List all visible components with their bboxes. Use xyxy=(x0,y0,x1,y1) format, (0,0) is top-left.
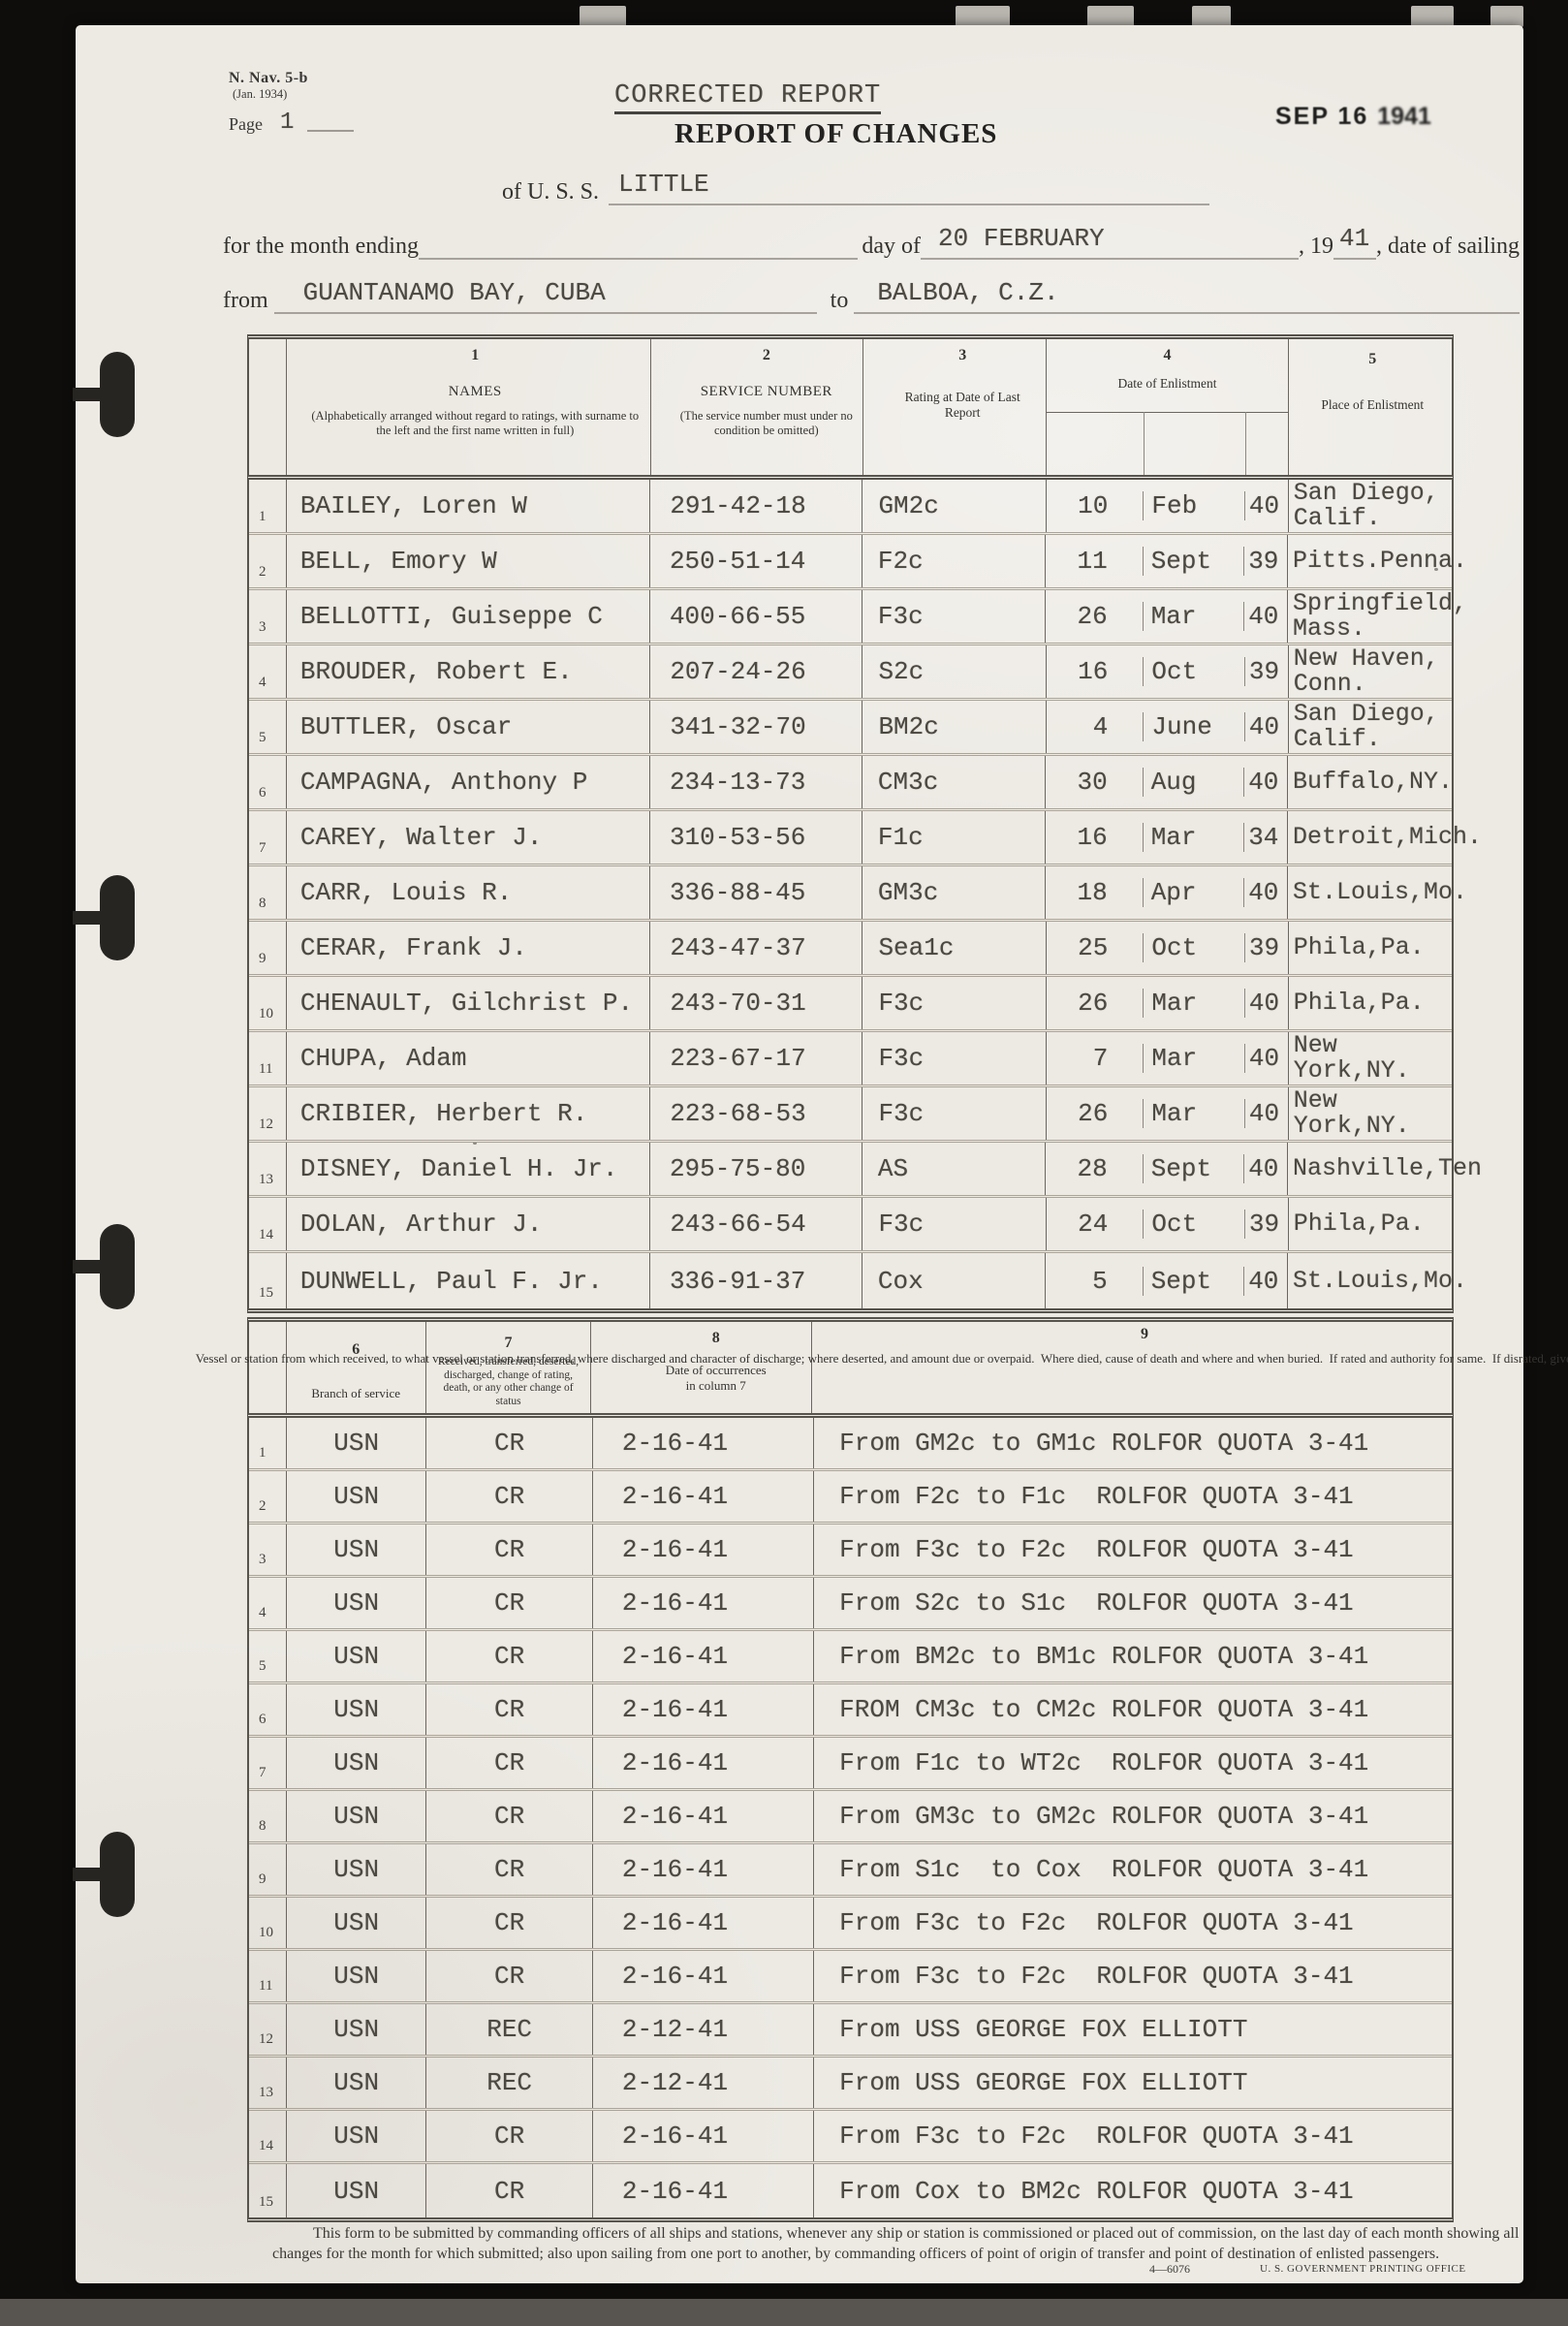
enlistment-month: Oct xyxy=(1143,657,1244,686)
name-cell: DOLAN, Arthur J. xyxy=(286,1198,649,1250)
occurrence-date-cell: 2-16-41 xyxy=(592,2111,813,2161)
page-underline xyxy=(307,130,354,132)
place-cell: Phila,Pa. xyxy=(1288,977,1452,1029)
enlistment-month: Mar xyxy=(1143,989,1244,1018)
row-number: 7 xyxy=(249,1738,286,1788)
changes-table-body: 1 USN CR 2-16-41 From GM2c to GM1c ROLFO… xyxy=(247,1418,1454,2222)
row-number: 6 xyxy=(249,756,286,808)
change-code-cell: CR xyxy=(425,1898,591,1948)
binder-fastener xyxy=(100,1832,135,1917)
print-code: 4—6076 xyxy=(1149,2262,1190,2277)
rating-cell: F3c xyxy=(862,1198,1045,1250)
stamp-date: SEP 16 xyxy=(1275,103,1368,130)
enlistment-year: 34 xyxy=(1243,823,1287,852)
of-uss-label: of U. S. S. xyxy=(502,179,599,205)
row-number: 5 xyxy=(249,1631,286,1682)
branch-cell: USN xyxy=(286,1631,426,1682)
rating-cell: F3c xyxy=(862,977,1045,1029)
enlistment-year: 39 xyxy=(1244,933,1288,962)
muster-table-row: 13 DISNEY, Daniel H. Jr. 295-75-80 AS 28… xyxy=(249,1143,1452,1198)
name-cell: BELL, Emory W xyxy=(286,535,649,587)
action-cell: From F3c to F2c ROLFOR QUOTA 3-41 xyxy=(813,1898,1452,1948)
ship-line: of U. S. S. LITTLE xyxy=(502,171,1209,205)
names-subtitle: (Alphabetically arranged without regard … xyxy=(300,409,650,438)
name-cell: CAMPAGNA, Anthony P xyxy=(286,756,649,808)
date-of-sailing-label: , date of sailing xyxy=(1376,234,1520,260)
enlistment-day: 30 xyxy=(1046,768,1143,797)
change-code-cell: CR xyxy=(425,1631,591,1682)
vessel-title: Vessel or station from which received, t… xyxy=(182,1351,1568,1367)
branch-cell: USN xyxy=(286,1578,426,1628)
film-mark xyxy=(1490,6,1523,27)
service-number-cell: 223-67-17 xyxy=(649,1032,862,1084)
action-cell: FROM CM3c to CM2c ROLFOR QUOTA 3-41 xyxy=(813,1684,1452,1735)
enlistment-month: June xyxy=(1143,712,1244,741)
service-number-cell: 336-88-45 xyxy=(649,866,862,919)
enlistment-date-cell: 16 Mar 34 xyxy=(1045,811,1287,864)
muster-table-row: 15 DUNWELL, Paul F. Jr. 336-91-37 Cox 5 … xyxy=(249,1253,1452,1308)
service-number-column-header: 2 SERVICE NUMBER (The service number mus… xyxy=(650,339,862,475)
action-cell: From USS GEORGE FOX ELLIOTT xyxy=(813,2058,1452,2108)
muster-table-row: 4 BROUDER, Robert E. 207-24-26 S2c 16 Oc… xyxy=(249,645,1452,701)
binder-fastener xyxy=(100,1224,135,1309)
change-code-cell: CR xyxy=(425,1791,591,1841)
changes-table-row: 3 USN CR 2-16-41 From F3c to F2c ROLFOR … xyxy=(249,1524,1452,1578)
enlistment-day: 5 xyxy=(1046,1267,1143,1296)
enlistment-day: 18 xyxy=(1046,878,1143,907)
service-number-cell: 336-91-37 xyxy=(649,1253,862,1308)
enlistment-day: 26 xyxy=(1047,989,1144,1018)
enlistment-date-cell: 7 Mar 40 xyxy=(1046,1032,1288,1084)
row-number: 15 xyxy=(249,1253,286,1308)
to-underline: BALBOA, C.Z. xyxy=(854,279,1520,314)
branch-title: Branch of service xyxy=(303,1386,408,1401)
changes-table-row: 15 USN CR 2-16-41 From Cox to BM2c ROLFO… xyxy=(249,2164,1452,2217)
place-cell: New Haven, Conn. xyxy=(1288,645,1452,698)
rating-cell: F3c xyxy=(862,1032,1045,1084)
row-number: 3 xyxy=(249,1524,286,1575)
form-revision: (Jan. 1934) xyxy=(229,87,354,101)
place-cell: Pitts.Penna. xyxy=(1287,535,1452,587)
muster-table-row: 3 BELLOTTI, Guiseppe C 400-66-55 F3c 26 … xyxy=(249,590,1452,645)
date-occurrence-column-header: 8 Date of occurrences in column 7 xyxy=(590,1322,811,1413)
rating-column-header: 3 Rating at Date of Last Report xyxy=(862,339,1046,475)
occurrence-date-cell: 2-16-41 xyxy=(592,2164,813,2217)
enlistment-month: Feb xyxy=(1143,491,1244,520)
enlistment-date-cell: 26 Mar 40 xyxy=(1046,977,1288,1029)
occurrence-date-cell: 2-16-41 xyxy=(592,1471,813,1522)
row-number: 2 xyxy=(249,535,286,587)
row-number: 7 xyxy=(249,811,286,864)
enlistment-month: Oct xyxy=(1143,933,1244,962)
column-number: 3 xyxy=(958,347,966,364)
enlistment-month: Mar xyxy=(1143,823,1244,852)
row-number: 12 xyxy=(249,2004,286,2055)
service-number-cell: 223-68-53 xyxy=(649,1087,862,1140)
row-number-column-header xyxy=(249,339,286,475)
occurrence-date-cell: 2-12-41 xyxy=(592,2058,813,2108)
enlistment-year: 40 xyxy=(1244,491,1288,520)
branch-cell: USN xyxy=(286,2058,426,2108)
binder-fastener xyxy=(100,875,135,960)
enlistment-date-cell: 4 June 40 xyxy=(1046,701,1288,753)
changes-table-row: 14 USN CR 2-16-41 From F3c to F2c ROLFOR… xyxy=(249,2111,1452,2164)
enlistment-year: 40 xyxy=(1243,878,1287,907)
name-cell: CERAR, Frank J. xyxy=(286,922,649,974)
rating-cell: F3c xyxy=(862,590,1045,643)
place-cell: Springfield, Mass. xyxy=(1287,590,1452,643)
form-instructions: This form to be submitted by commanding … xyxy=(272,2223,1524,2264)
muster-table-header: 1 NAMES (Alphabetically arranged without… xyxy=(247,334,1454,480)
occurrence-date-cell: 2-16-41 xyxy=(592,1524,813,1575)
name-cell: BAILEY, Loren W xyxy=(286,480,649,532)
row-number: 15 xyxy=(249,2164,286,2217)
changes-table-row: 7 USN CR 2-16-41 From F1c to WT2c ROLFOR… xyxy=(249,1738,1452,1791)
enlistment-month: Mar xyxy=(1143,602,1244,631)
from-to-line: from GUANTANAMO BAY, CUBA to BALBOA, C.Z… xyxy=(223,279,1520,314)
changes-table-row: 2 USN CR 2-16-41 From F2c to F1c ROLFOR … xyxy=(249,1471,1452,1524)
rating-cell: Cox xyxy=(862,1253,1045,1308)
rating-cell: AS xyxy=(862,1143,1045,1195)
occurrence-date-cell: 2-16-41 xyxy=(592,1578,813,1628)
scan-bottom-strip xyxy=(0,2299,1568,2326)
row-number: 14 xyxy=(249,2111,286,2161)
change-code-cell: CR xyxy=(425,2164,591,2217)
action-cell: From GM2c to GM1c ROLFOR QUOTA 3-41 xyxy=(813,1418,1452,1468)
enlistment-day: 11 xyxy=(1046,547,1143,576)
service-number-cell: 243-66-54 xyxy=(649,1198,862,1250)
branch-cell: USN xyxy=(286,2004,426,2055)
column-number: 9 xyxy=(1141,1326,1148,1343)
enlistment-year: 39 xyxy=(1244,1210,1288,1239)
date-occurrence-title: Date of occurrences in column 7 xyxy=(620,1363,811,1394)
to-label: to xyxy=(831,288,849,314)
month-ending-underline xyxy=(419,225,858,260)
enlistment-month: Apr xyxy=(1143,878,1244,907)
row-number: 6 xyxy=(249,1684,286,1735)
date-subheader-rule xyxy=(1047,412,1287,413)
enlistment-day: 7 xyxy=(1047,1044,1144,1073)
occurrence-date-cell: 2-16-41 xyxy=(592,1844,813,1895)
name-cell: CHENAULT, Gilchrist P. xyxy=(286,977,649,1029)
branch-cell: USN xyxy=(286,2164,426,2217)
name-cell: BUTTLER, Oscar xyxy=(286,701,649,753)
enlistment-date-cell: 30 Aug 40 xyxy=(1045,756,1287,808)
changes-table-row: 10 USN CR 2-16-41 From F3c to F2c ROLFOR… xyxy=(249,1898,1452,1951)
name-cell: CAREY, Walter J. xyxy=(286,811,649,864)
action-cell: From F2c to F1c ROLFOR QUOTA 3-41 xyxy=(813,1471,1452,1522)
date-of-enlistment-title: Date of Enlistment xyxy=(1110,376,1224,392)
row-number: 1 xyxy=(249,480,286,532)
form-number: N. Nav. 5-b xyxy=(229,70,354,87)
name-cell: CRIBIER, Herbert R. xyxy=(286,1087,649,1140)
row-number: 3 xyxy=(249,590,286,643)
name-cell: BELLOTTI, Guiseppe C xyxy=(286,590,649,643)
enlistment-day: 25 xyxy=(1047,933,1144,962)
month-ending-label: for the month ending xyxy=(223,234,419,260)
changes-table-row: 8 USN CR 2-16-41 From GM3c to GM2c ROLFO… xyxy=(249,1791,1452,1844)
row-number: 14 xyxy=(249,1198,286,1250)
enlistment-month: Oct xyxy=(1143,1210,1244,1239)
action-cell: From S1c to Cox ROLFOR QUOTA 3-41 xyxy=(813,1844,1452,1895)
service-number-cell: 291-42-18 xyxy=(649,480,862,532)
action-cell: From Cox to BM2c ROLFOR QUOTA 3-41 xyxy=(813,2164,1452,2217)
enlistment-day: 10 xyxy=(1047,491,1144,520)
row-number: 11 xyxy=(249,1951,286,2001)
action-cell: From USS GEORGE FOX ELLIOTT xyxy=(813,2004,1452,2055)
rating-cell: Sea1c xyxy=(862,922,1045,974)
place-cell: New York,NY. xyxy=(1288,1087,1452,1140)
change-code-cell: CR xyxy=(425,1418,591,1468)
service-number-cell: 400-66-55 xyxy=(649,590,862,643)
vessel-column-header: 9 Vessel or station from which received,… xyxy=(811,1322,1452,1413)
enlistment-date-cell: 11 Sept 39 xyxy=(1045,535,1287,587)
occurrence-date-cell: 2-12-41 xyxy=(592,2004,813,2055)
name-cell: BROUDER, Robert E. xyxy=(286,645,649,698)
place-cell: St.Louis,Mo. xyxy=(1287,1253,1452,1308)
enlistment-month: Mar xyxy=(1143,1044,1244,1073)
year-prefix: , 19 xyxy=(1299,234,1333,260)
form-identifier: N. Nav. 5-b (Jan. 1934) Page 1 xyxy=(229,70,354,134)
muster-table-row: 14 DOLAN, Arthur J. 243-66-54 F3c 24 Oct… xyxy=(249,1198,1452,1253)
enlistment-date-cell: 26 Mar 40 xyxy=(1045,590,1287,643)
row-number: 10 xyxy=(249,1898,286,1948)
enlistment-day: 26 xyxy=(1046,602,1143,631)
enlistment-month: Sept xyxy=(1143,1267,1244,1296)
branch-cell: USN xyxy=(286,1471,426,1522)
change-code-cell: CR xyxy=(425,1524,591,1575)
changes-table: 6 Branch of service 7 Received, transfer… xyxy=(247,1317,1454,2222)
enlistment-date-cell: 10 Feb 40 xyxy=(1046,480,1288,532)
date-stamp: SEP 16 1941 xyxy=(1275,103,1431,131)
year-underline: 41 xyxy=(1333,225,1376,260)
document-page: N. Nav. 5-b (Jan. 1934) Page 1 CORRECTED… xyxy=(76,25,1523,2283)
row-number: 4 xyxy=(249,1578,286,1628)
month-line: for the month ending day of 20 FEBRUARY … xyxy=(223,225,1520,260)
column-number: 4 xyxy=(1163,347,1171,364)
enlistment-year: 40 xyxy=(1243,768,1287,797)
muster-table-row: 7 CAREY, Walter J. 310-53-56 F1c 16 Mar … xyxy=(249,811,1452,866)
rating-cell: GM3c xyxy=(862,866,1045,919)
name-cell: DUNWELL, Paul F. Jr. xyxy=(286,1253,649,1308)
film-mark xyxy=(1087,6,1134,27)
film-mark xyxy=(1411,6,1454,27)
service-subtitle: (The service number must under no condit… xyxy=(671,409,862,438)
enlistment-day: 4 xyxy=(1047,712,1144,741)
row-number: 1 xyxy=(249,1418,286,1468)
enlistment-month: Mar xyxy=(1143,1099,1244,1128)
action-cell: From F3c to F2c ROLFOR QUOTA 3-41 xyxy=(813,1951,1452,2001)
change-code-cell: CR xyxy=(425,1578,591,1628)
changes-table-row: 1 USN CR 2-16-41 From GM2c to GM1c ROLFO… xyxy=(249,1418,1452,1471)
place-column-header: 5 Place of Enlistment xyxy=(1288,339,1452,475)
rating-cell: S2c xyxy=(862,645,1045,698)
column-number: 7 xyxy=(505,1335,513,1352)
change-code-cell: REC xyxy=(425,2004,591,2055)
enlistment-year: 40 xyxy=(1243,1154,1287,1183)
action-cell: From F3c to F2c ROLFOR QUOTA 3-41 xyxy=(813,1524,1452,1575)
service-number-cell: 295-75-80 xyxy=(649,1143,862,1195)
changes-table-row: 4 USN CR 2-16-41 From S2c to S1c ROLFOR … xyxy=(249,1578,1452,1631)
enlistment-day: 28 xyxy=(1046,1154,1143,1183)
date-subcolumn-rule xyxy=(1144,412,1145,475)
changes-table-row: 13 USN REC 2-12-41 From USS GEORGE FOX E… xyxy=(249,2058,1452,2111)
branch-cell: USN xyxy=(286,1418,426,1468)
place-cell: New York,NY. xyxy=(1288,1032,1452,1084)
page-title: REPORT OF CHANGES xyxy=(674,118,997,150)
occurrence-date-cell: 2-16-41 xyxy=(592,1738,813,1788)
muster-table-row: 12 CRIBIER, Herbert R. 223-68-53 F3c 26 … xyxy=(249,1087,1452,1143)
enlistment-year: 40 xyxy=(1244,1099,1288,1128)
enlistment-year: 39 xyxy=(1244,657,1288,686)
enlistment-day: 16 xyxy=(1046,823,1143,852)
muster-table-row: 5 BUTTLER, Oscar 341-32-70 BM2c 4 June 4… xyxy=(249,701,1452,756)
row-number: 10 xyxy=(249,977,286,1029)
page-number: 1 xyxy=(263,110,307,137)
muster-table: 1 NAMES (Alphabetically arranged without… xyxy=(247,334,1454,1313)
service-number-cell: 250-51-14 xyxy=(649,535,862,587)
action-cell: From GM3c to GM2c ROLFOR QUOTA 3-41 xyxy=(813,1791,1452,1841)
year-value: 41 xyxy=(1333,224,1369,253)
column-number: 2 xyxy=(763,347,770,364)
changes-table-row: 5 USN CR 2-16-41 From BM2c to BM1c ROLFO… xyxy=(249,1631,1452,1684)
gpo-imprint: U. S. GOVERNMENT PRINTING OFFICE xyxy=(1260,2263,1466,2275)
service-number-cell: 310-53-56 xyxy=(649,811,862,864)
occurrence-date-cell: 2-16-41 xyxy=(592,1684,813,1735)
name-cell: CARR, Louis R. xyxy=(286,866,649,919)
muster-table-row: 6 CAMPAGNA, Anthony P 234-13-73 CM3c 30 … xyxy=(249,756,1452,811)
rating-cell: CM3c xyxy=(862,756,1045,808)
muster-table-body: 1 BAILEY, Loren W 291-42-18 GM2c 10 Feb … xyxy=(247,480,1454,1313)
changes-table-header: 6 Branch of service 7 Received, transfer… xyxy=(247,1317,1454,1418)
service-title: SERVICE NUMBER xyxy=(701,384,832,400)
service-number-cell: 234-13-73 xyxy=(649,756,862,808)
branch-column-header: 6 Branch of service xyxy=(286,1322,425,1413)
names-title: NAMES xyxy=(449,384,502,400)
service-number-cell: 243-70-31 xyxy=(649,977,862,1029)
muster-table-row: 10 CHENAULT, Gilchrist P. 243-70-31 F3c … xyxy=(249,977,1452,1032)
enlistment-year: 40 xyxy=(1244,712,1288,741)
row-number: 4 xyxy=(249,645,286,698)
ship-name-underline: LITTLE xyxy=(609,171,1209,205)
enlistment-day: 26 xyxy=(1047,1099,1144,1128)
enlistment-date-cell: 26 Mar 40 xyxy=(1046,1087,1288,1140)
enlistment-year: 40 xyxy=(1243,602,1287,631)
name-cell: DISNEY, Daniel H. Jr. xyxy=(286,1143,649,1195)
from-label: from xyxy=(223,288,268,314)
names-column-header: 1 NAMES (Alphabetically arranged without… xyxy=(286,339,650,475)
enlistment-date-cell: 18 Apr 40 xyxy=(1045,866,1287,919)
changes-table-row: 11 USN CR 2-16-41 From F3c to F2c ROLFOR… xyxy=(249,1951,1452,2004)
changes-table-row: 12 USN REC 2-12-41 From USS GEORGE FOX E… xyxy=(249,2004,1452,2058)
service-number-cell: 341-32-70 xyxy=(649,701,862,753)
date-subcolumn-rule xyxy=(1245,412,1246,475)
enlistment-year: 40 xyxy=(1244,989,1288,1018)
row-number: 11 xyxy=(249,1032,286,1084)
enlistment-day: 16 xyxy=(1047,657,1144,686)
occurrence-date-cell: 2-16-41 xyxy=(592,1791,813,1841)
muster-table-row: 2 BELL, Emory W 250-51-14 F2c 11 Sept 39… xyxy=(249,535,1452,590)
change-code-cell: CR xyxy=(425,2111,591,2161)
column-number: 5 xyxy=(1368,347,1376,372)
from-value: GUANTANAMO BAY, CUBA xyxy=(274,278,606,307)
column-number: 8 xyxy=(712,1330,720,1347)
muster-table-row: 9 CERAR, Frank J. 243-47-37 Sea1c 25 Oct… xyxy=(249,922,1452,977)
service-number-cell: 243-47-37 xyxy=(649,922,862,974)
from-underline: GUANTANAMO BAY, CUBA xyxy=(274,279,817,314)
enlistment-month: Aug xyxy=(1143,768,1244,797)
row-number: 12 xyxy=(249,1087,286,1140)
place-cell: St.Louis,Mo. xyxy=(1287,866,1452,919)
day-of-label: day of xyxy=(862,234,921,260)
row-number: 8 xyxy=(249,1791,286,1841)
action-cell: From BM2c to BM1c ROLFOR QUOTA 3-41 xyxy=(813,1631,1452,1682)
binder-fastener xyxy=(100,352,135,437)
rating-cell: F3c xyxy=(862,1087,1045,1140)
change-code-cell: CR xyxy=(425,1684,591,1735)
ship-name-value: LITTLE xyxy=(609,170,709,199)
film-mark xyxy=(1192,6,1231,27)
enlistment-date-cell: 16 Oct 39 xyxy=(1046,645,1288,698)
enlistment-month: Sept xyxy=(1143,1154,1244,1183)
branch-cell: USN xyxy=(286,2111,426,2161)
to-value: BALBOA, C.Z. xyxy=(854,278,1058,307)
branch-cell: USN xyxy=(286,1684,426,1735)
enlistment-year: 40 xyxy=(1244,1044,1288,1073)
change-code-cell: CR xyxy=(425,1844,591,1895)
row-number: 5 xyxy=(249,701,286,753)
column-number: 1 xyxy=(471,347,479,364)
row-number: 9 xyxy=(249,922,286,974)
row-number: 8 xyxy=(249,866,286,919)
branch-cell: USN xyxy=(286,1898,426,1948)
changes-table-row: 9 USN CR 2-16-41 From S1c to Cox ROLFOR … xyxy=(249,1844,1452,1898)
enlistment-year: 39 xyxy=(1243,547,1287,576)
change-code-cell: CR xyxy=(425,1471,591,1522)
occurrence-date-cell: 2-16-41 xyxy=(592,1898,813,1948)
change-code-cell: CR xyxy=(425,1738,591,1788)
muster-table-row: 1 BAILEY, Loren W 291-42-18 GM2c 10 Feb … xyxy=(249,480,1452,535)
place-cell: San Diego, Calif. xyxy=(1288,701,1452,753)
place-cell: Phila,Pa. xyxy=(1288,922,1452,974)
occurrence-date-cell: 2-16-41 xyxy=(592,1631,813,1682)
rating-cell: F1c xyxy=(862,811,1045,864)
branch-cell: USN xyxy=(286,1791,426,1841)
action-cell: From S2c to S1c ROLFOR QUOTA 3-41 xyxy=(813,1578,1452,1628)
received-column-header: 7 Received, transferred, deserted, disch… xyxy=(425,1322,591,1413)
rating-cell: F2c xyxy=(862,535,1045,587)
enlistment-year: 40 xyxy=(1243,1267,1287,1296)
branch-cell: USN xyxy=(286,1844,426,1895)
film-mark xyxy=(956,6,1010,27)
rating-cell: BM2c xyxy=(862,701,1045,753)
corrected-report-label: CORRECTED REPORT xyxy=(614,81,881,114)
enlistment-date-cell: 5 Sept 40 xyxy=(1045,1253,1287,1308)
enlistment-date-cell: 24 Oct 39 xyxy=(1046,1198,1288,1250)
branch-cell: USN xyxy=(286,1524,426,1575)
day-value: 20 FEBRUARY xyxy=(921,224,1105,253)
enlistment-day: 24 xyxy=(1047,1210,1144,1239)
service-number-cell: 207-24-26 xyxy=(649,645,862,698)
place-cell: Buffalo,NY. xyxy=(1287,756,1452,808)
branch-cell: USN xyxy=(286,1738,426,1788)
row-number-column-header xyxy=(249,1322,286,1413)
row-number: 13 xyxy=(249,1143,286,1195)
page-label: Page xyxy=(229,114,263,135)
branch-cell: USN xyxy=(286,1951,426,2001)
occurrence-date-cell: 2-16-41 xyxy=(592,1951,813,2001)
place-cell: San Diego, Calif. xyxy=(1288,480,1452,532)
